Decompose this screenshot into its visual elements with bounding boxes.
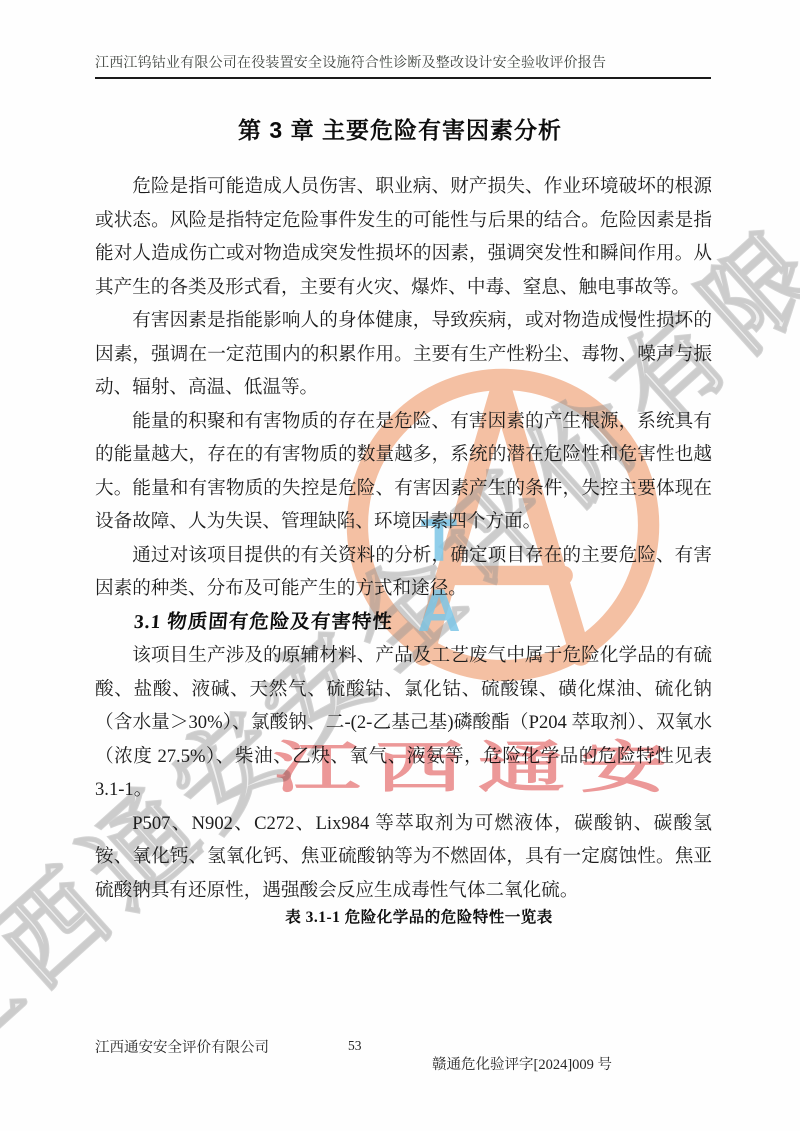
paragraph: 能量的积聚和有害物质的存在是危险、有害因素的产生根源，系统具有的能量越大，存在的… [95,405,712,539]
paragraph: 通过对该项目提供的有关资料的分析，确定项目存在的主要危险、有害因素的种类、分布及… [95,539,712,606]
paragraph: 有害因素是指能影响人的身体健康，导致疾病，或对物造成慢性损坏的因素，强调在一定范… [95,304,712,405]
footer-doc-number: 赣通危化验评字[2024]009 号 [432,1053,612,1074]
red-stamp-watermark: 江西通安 [273,724,682,804]
document-page: 江西通安安全评价有限公司 T A 江西通安 江西江钨钴业有限公司在役装置安全设施… [0,0,800,1131]
body-text: 危险是指可能造成人员伤害、职业病、财产损失、作业环境破坏的根源或状态。风险是指特… [95,170,712,929]
paragraph: 危险是指可能造成人员伤害、职业病、财产损失、作业环境破坏的根源或状态。风险是指特… [95,170,712,304]
table-caption: 表 3.1-1 危险化学品的危险特性一览表 [95,907,712,929]
paragraph: P507、N902、C272、Lix984 等萃取剂为可燃液体，碳酸钠、碳酸氢铵… [95,807,712,908]
footer-company-name: 江西通安安全评价有限公司 [95,1036,269,1057]
chapter-title: 第 3 章 主要危险有害因素分析 [0,112,800,145]
section-heading-3-1: 3.1 物质固有危险及有害特性 [94,606,713,640]
footer-page-number: 53 [348,1038,362,1054]
page-header-title: 江西江钨钴业有限公司在役装置安全设施符合性诊断及整改设计安全验收评价报告 [95,52,711,79]
page-content: 江西江钨钴业有限公司在役装置安全设施符合性诊断及整改设计安全验收评价报告 第 3… [0,0,800,1131]
